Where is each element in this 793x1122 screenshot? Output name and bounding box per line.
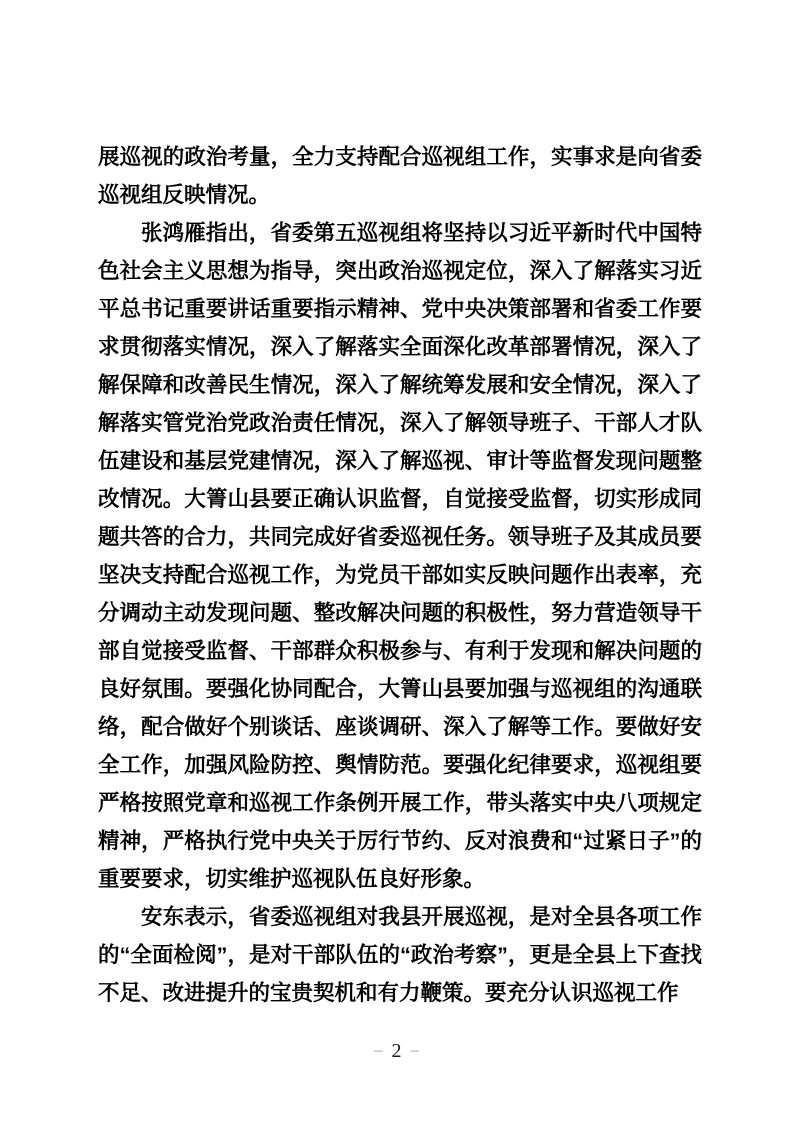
document-page: 展巡视的政治考量，全力支持配合巡视组工作，实事求是向省委巡视组反映情况。 张鸿雁… xyxy=(0,0,793,1122)
footer-dash-right: – xyxy=(402,1040,429,1059)
footer-dash-left: – xyxy=(365,1040,392,1059)
paragraph-continuation: 展巡视的政治考量，全力支持配合巡视组工作，实事求是向省委巡视组反映情况。 xyxy=(98,138,702,214)
paragraph-an-dong-remarks: 安东表示，省委巡视组对我县开展巡视，是对全县各项工作的“全面检阅”，是对干部队伍… xyxy=(98,898,702,1012)
document-body: 展巡视的政治考量，全力支持配合巡视组工作，实事求是向省委巡视组反映情况。 张鸿雁… xyxy=(98,138,702,1012)
page-footer: –2– xyxy=(0,1038,793,1063)
paragraph-zhang-hongyan-remarks: 张鸿雁指出，省委第五巡视组将坚持以习近平新时代中国特色社会主义思想为指导，突出政… xyxy=(98,214,702,898)
page-number: 2 xyxy=(392,1040,402,1062)
